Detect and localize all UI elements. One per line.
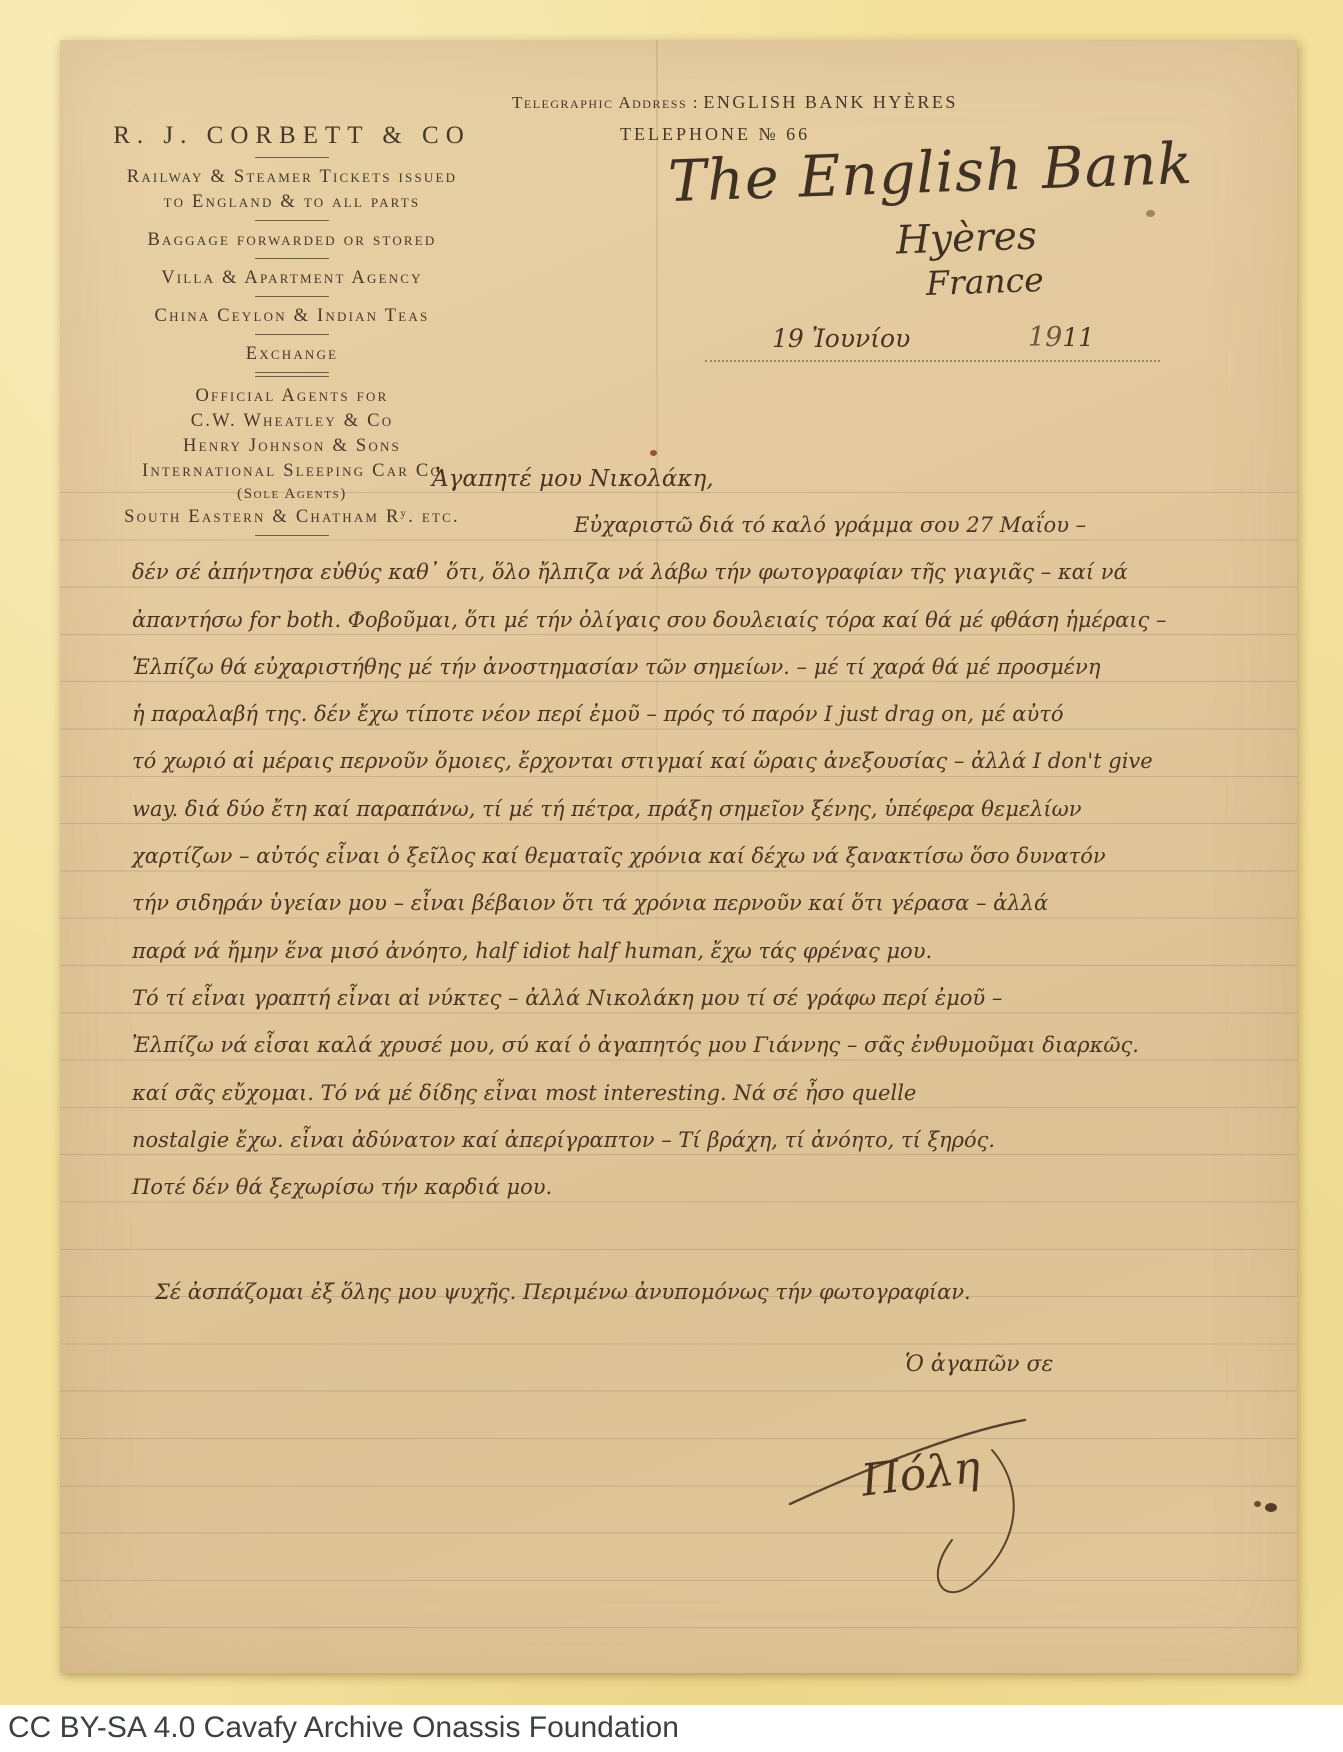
body-line: Τό τί εἶναι γραπτή εἶναι αἱ νύκτες – ἀλλ… xyxy=(132,975,1237,1022)
bank-city-script: Hyères xyxy=(895,214,1037,264)
letterhead-line: Official Agents for xyxy=(88,386,496,407)
letterhead-line: Henry Johnson & Sons xyxy=(88,436,496,457)
body-line: Εὐχαριστῶ διά τό καλό γράμμα σου 27 Μαΐο… xyxy=(132,502,1237,549)
letter-body: Εὐχαριστῶ διά τό καλό γράμμα σου 27 Μαΐο… xyxy=(132,502,1237,1211)
letterhead-line: Villa & Apartment Agency xyxy=(88,268,496,289)
foxing-spot xyxy=(1146,210,1155,217)
ink-spot xyxy=(650,450,657,456)
signature-name: Πόλη xyxy=(857,1442,982,1507)
postscript-line: Σέ ἀσπάζομαι ἐξ ὅλης μου ψυχῆς. Περιμένω… xyxy=(155,1280,971,1304)
telephone-line: TELEPHONE № 66 xyxy=(620,124,810,145)
body-line: δέν σέ ἀπήντησα εὐθύς καθ᾽ ὅτι, ὅλο ἤλπι… xyxy=(132,549,1237,596)
divider xyxy=(255,157,329,158)
foxing-spot xyxy=(1265,1503,1277,1512)
bank-country-script: France xyxy=(925,260,1044,303)
body-line: way. διά δύο ἔτη καί παραπάνω, τί μέ τή … xyxy=(132,786,1237,833)
year-printed-prefix: 19 xyxy=(1028,322,1062,353)
telegraphic-value: ENGLISH BANK HYÈRES xyxy=(703,92,958,112)
body-line: nostalgie ἔχω. εἶναι ἀδύνατον καί ἀπερίγ… xyxy=(132,1117,1237,1164)
letter-sheet: R. J. CORBETT & CO Railway & Steamer Tic… xyxy=(60,40,1297,1673)
body-line: παρά νά ἤμην ἕνα μισό ἀνόητο, half idiot… xyxy=(132,928,1237,975)
signature-flourish: Πόλη xyxy=(780,1392,1080,1642)
letterhead-line: Baggage forwarded or stored xyxy=(88,230,496,251)
salutation: Ἀγαπητέ μου Νικολάκη, xyxy=(432,466,714,492)
letterhead-line: to England & to all parts xyxy=(88,192,496,213)
closing-phrase: Ὁ ἀγαπῶν σε xyxy=(905,1352,1053,1377)
letterhead-line: China Ceylon & Indian Teas xyxy=(88,306,496,327)
body-line: ἀπαντήσω for both. Φοβοῦμαι, ὅτι μέ τήν … xyxy=(132,597,1237,644)
credit-text: CC BY-SA 4.0 Cavafy Archive Onassis Foun… xyxy=(0,1705,1343,1750)
company-name: R. J. CORBETT & CO xyxy=(88,122,496,150)
divider xyxy=(255,220,329,221)
body-line: Ἐλπίζω νά εἶσαι καλά χρυσέ μου, σύ καί ὁ… xyxy=(132,1022,1237,1069)
telegraphic-address-line: Telegraphic Address : ENGLISH BANK HYÈRE… xyxy=(512,92,958,113)
scan-background: R. J. CORBETT & CO Railway & Steamer Tic… xyxy=(0,0,1343,1752)
letterhead-line: Railway & Steamer Tickets issued xyxy=(88,167,496,188)
divider xyxy=(255,258,329,259)
divider xyxy=(255,334,329,335)
foxing-spot xyxy=(1254,1501,1261,1507)
body-line: Ἐλπίζω θά εὐχαριστήθης μέ τήν ἀνοστημασί… xyxy=(132,644,1237,691)
body-line: Ποτέ δέν θά ξεχωρίσω τήν καρδιά μου. xyxy=(132,1164,1237,1211)
body-line: τό χωριό αἱ μέραις περνοῦν ὅμοιες, ἔρχον… xyxy=(132,738,1237,785)
signature-block: Πόλη xyxy=(780,1392,1080,1642)
date-year: 1911 xyxy=(1028,322,1094,353)
body-line: τήν σιδηράν ὑγείαν μου – εἶναι βέβαιον ὅ… xyxy=(132,880,1237,927)
letterhead-line: Exchange xyxy=(88,344,496,365)
date-day-month: 19 Ἰουνίου xyxy=(772,324,910,353)
double-divider xyxy=(255,372,329,377)
body-line: καί σᾶς εὔχομαι. Τό νά μέ δίδης εἶναι mo… xyxy=(132,1070,1237,1117)
body-line: ἡ παραλαβή της. δέν ἔχω τίποτε νέον περί… xyxy=(132,691,1237,738)
letterhead-line: C.W. Wheatley & Co xyxy=(88,411,496,432)
year-hand-suffix: 11 xyxy=(1062,323,1094,352)
divider xyxy=(255,296,329,297)
body-line: χαρτίζων – αὐτός εἶναι ὁ ξεῖλος καί θεμα… xyxy=(132,833,1237,880)
credit-strip: CC BY-SA 4.0 Cavafy Archive Onassis Foun… xyxy=(0,1705,1343,1752)
telegraphic-label: Telegraphic Address : xyxy=(512,93,699,112)
